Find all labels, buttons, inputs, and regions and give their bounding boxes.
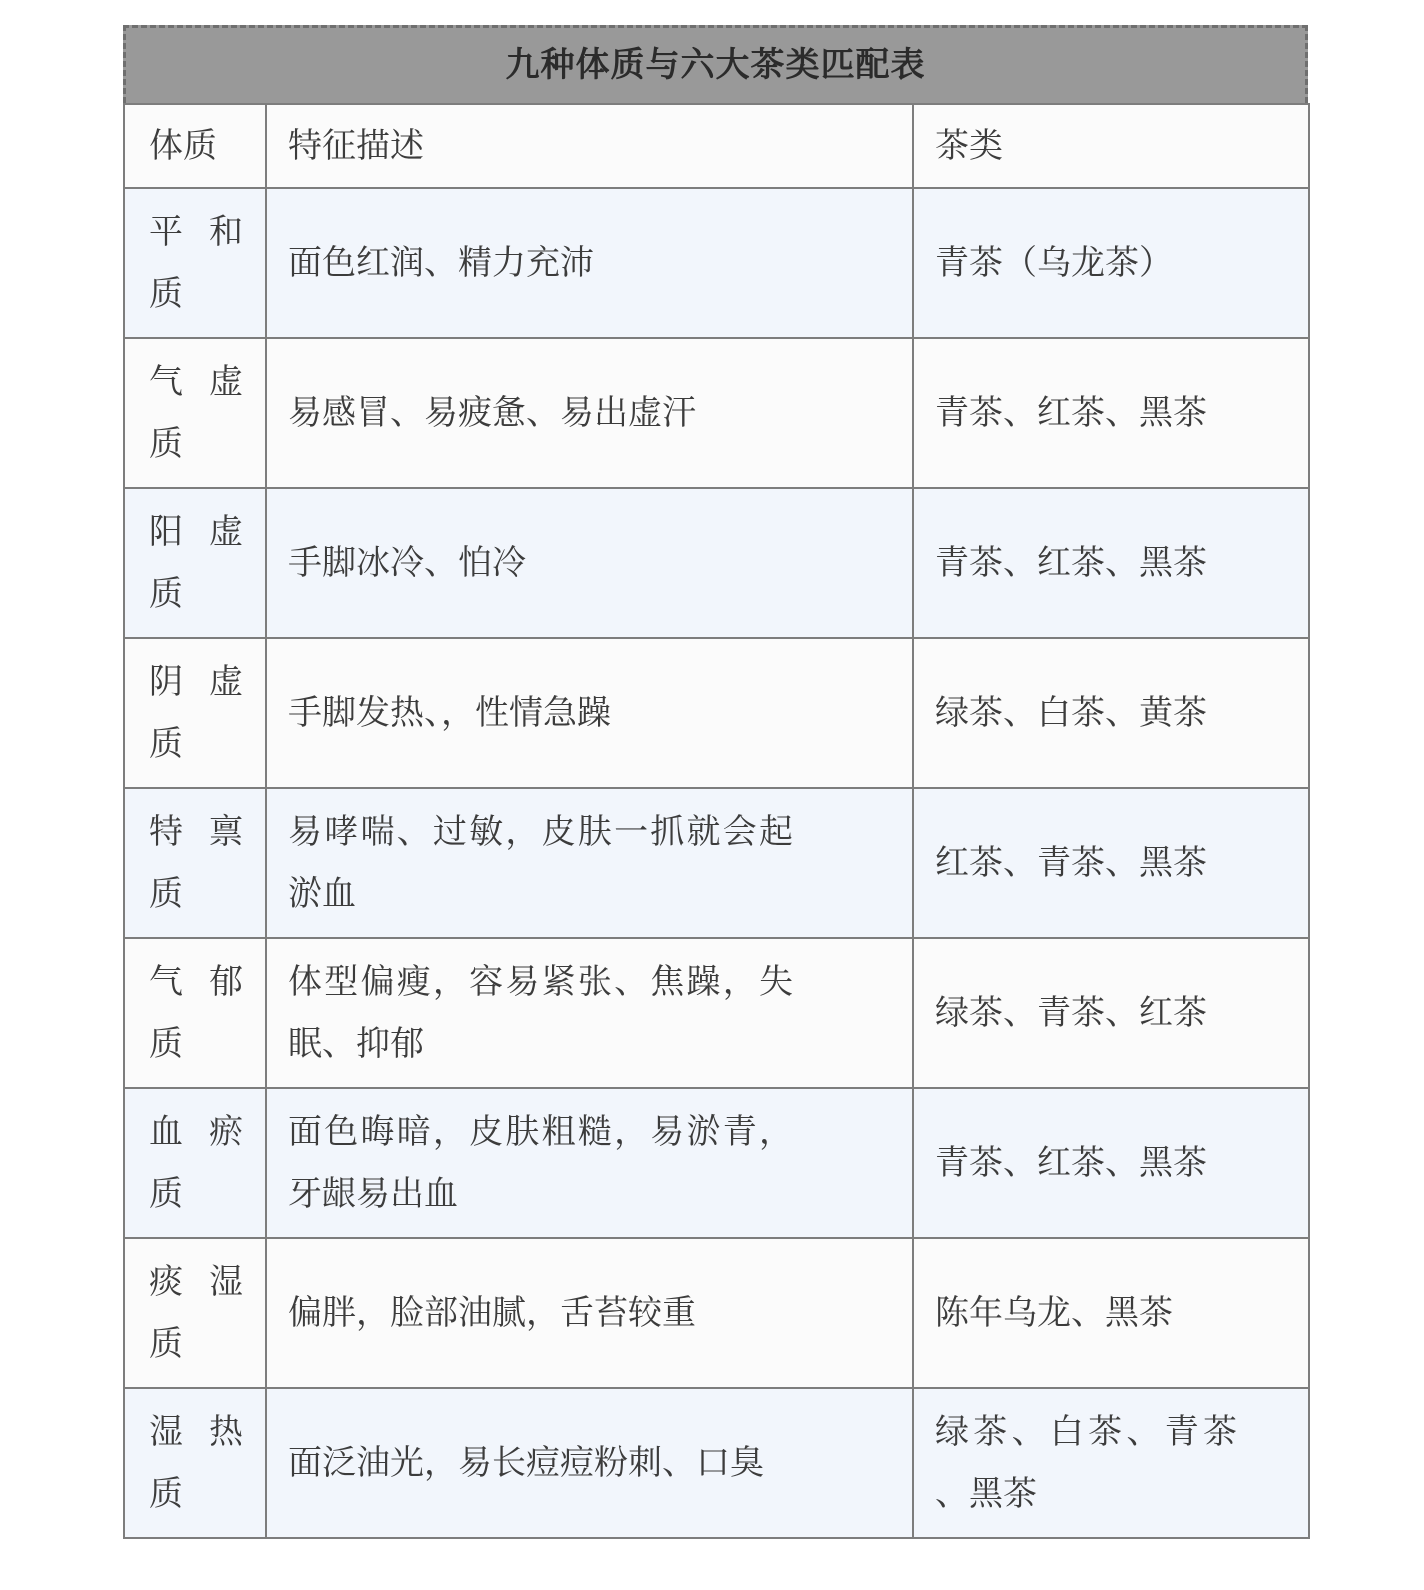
constitution-cell-text: 痰湿质	[149, 1251, 243, 1375]
features-cell: 手脚发热、，性情急躁	[266, 638, 913, 788]
teas-cell-text: 绿茶、白茶、青茶、黑茶	[935, 1401, 1237, 1525]
features-cell: 易感冒、易疲惫、易出虚汗	[266, 338, 913, 488]
features-cell-text: 手脚发热、，性情急躁	[288, 682, 793, 744]
col-header-teas: 茶类	[913, 104, 1309, 188]
col-header-constitution: 体质	[124, 104, 266, 188]
constitution-tea-table: 九种体质与六大茶类匹配表 体质 特征描述 茶类 平和质面色红润	[123, 25, 1308, 1539]
features-cell-text: 体型偏瘦，容易紧张、焦躁，失眠、抑郁	[288, 951, 793, 1075]
features-cell-text: 面色晦暗，皮肤粗糙，易淤青，牙龈易出血	[288, 1101, 793, 1225]
features-cell-text: 面泛油光，易长痘痘粉刺、口臭	[288, 1432, 793, 1494]
header-row: 体质 特征描述 茶类	[124, 104, 1309, 188]
table-row: 特禀质易哮喘、过敏，皮肤一抓就会起淤血红茶、青茶、黑茶	[124, 788, 1309, 938]
teas-cell-text: 绿茶、白茶、黄茶	[935, 682, 1237, 744]
features-cell: 体型偏瘦，容易紧张、焦躁，失眠、抑郁	[266, 938, 913, 1088]
page: 九种体质与六大茶类匹配表 体质 特征描述 茶类 平和质面色红润	[0, 0, 1424, 1590]
teas-cell: 红茶、青茶、黑茶	[913, 788, 1309, 938]
constitution-cell-text: 平和质	[149, 201, 243, 325]
teas-cell-text: 青茶（乌龙茶）	[935, 232, 1237, 294]
constitution-cell: 气郁质	[124, 938, 266, 1088]
constitution-cell: 血瘀质	[124, 1088, 266, 1238]
features-cell-text: 手脚冰冷、怕冷	[288, 532, 793, 594]
features-cell: 偏胖，脸部油腻，舌苔较重	[266, 1238, 913, 1388]
col-header-teas-label: 茶类	[935, 115, 1237, 177]
constitution-cell: 气虚质	[124, 338, 266, 488]
features-cell: 手脚冰冷、怕冷	[266, 488, 913, 638]
constitution-cell-text: 气郁质	[149, 951, 243, 1075]
features-cell-text: 易哮喘、过敏，皮肤一抓就会起淤血	[288, 801, 793, 925]
table-row: 阴虚质手脚发热、，性情急躁绿茶、白茶、黄茶	[124, 638, 1309, 788]
features-cell: 面色红润、精力充沛	[266, 188, 913, 338]
teas-cell: 绿茶、白茶、黄茶	[913, 638, 1309, 788]
constitution-cell: 阳虚质	[124, 488, 266, 638]
col-header-features-label: 特征描述	[288, 115, 793, 177]
features-cell-text: 偏胖，脸部油腻，舌苔较重	[288, 1282, 793, 1344]
table-row: 血瘀质面色晦暗，皮肤粗糙，易淤青，牙龈易出血青茶、红茶、黑茶	[124, 1088, 1309, 1238]
features-cell: 易哮喘、过敏，皮肤一抓就会起淤血	[266, 788, 913, 938]
teas-cell: 青茶、红茶、黑茶	[913, 1088, 1309, 1238]
col-header-constitution-label: 体质	[149, 115, 243, 177]
teas-cell-text: 陈年乌龙、黑茶	[935, 1282, 1237, 1344]
col-header-features: 特征描述	[266, 104, 913, 188]
table-row: 平和质面色红润、精力充沛青茶（乌龙茶）	[124, 188, 1309, 338]
constitution-cell-text: 湿热质	[149, 1401, 243, 1525]
constitution-cell-text: 血瘀质	[149, 1101, 243, 1225]
table-title: 九种体质与六大茶类匹配表	[123, 25, 1308, 103]
table-row: 痰湿质偏胖，脸部油腻，舌苔较重陈年乌龙、黑茶	[124, 1238, 1309, 1388]
constitution-cell-text: 特禀质	[149, 801, 243, 925]
teas-cell-text: 红茶、青茶、黑茶	[935, 832, 1237, 894]
teas-cell: 青茶（乌龙茶）	[913, 188, 1309, 338]
table-body: 平和质面色红润、精力充沛青茶（乌龙茶）气虚质易感冒、易疲惫、易出虚汗青茶、红茶、…	[124, 188, 1309, 1538]
features-cell-text: 易感冒、易疲惫、易出虚汗	[288, 382, 793, 444]
constitution-cell-text: 阳虚质	[149, 501, 243, 625]
teas-cell-text: 青茶、红茶、黑茶	[935, 382, 1237, 444]
teas-cell-text: 青茶、红茶、黑茶	[935, 532, 1237, 594]
constitution-cell: 痰湿质	[124, 1238, 266, 1388]
teas-cell-text: 绿茶、青茶、红茶	[935, 982, 1237, 1044]
constitution-cell: 特禀质	[124, 788, 266, 938]
constitution-cell-text: 气虚质	[149, 351, 243, 475]
teas-cell: 绿茶、青茶、红茶	[913, 938, 1309, 1088]
constitution-cell: 阴虚质	[124, 638, 266, 788]
teas-cell: 青茶、红茶、黑茶	[913, 488, 1309, 638]
constitution-cell-text: 阴虚质	[149, 651, 243, 775]
constitution-cell: 平和质	[124, 188, 266, 338]
match-table: 体质 特征描述 茶类 平和质面色红润、精力充沛青茶（乌龙茶）气虚质易感冒、易疲惫…	[123, 103, 1310, 1539]
teas-cell: 绿茶、白茶、青茶、黑茶	[913, 1388, 1309, 1538]
table-row: 阳虚质手脚冰冷、怕冷青茶、红茶、黑茶	[124, 488, 1309, 638]
features-cell: 面泛油光，易长痘痘粉刺、口臭	[266, 1388, 913, 1538]
teas-cell: 青茶、红茶、黑茶	[913, 338, 1309, 488]
table-row: 湿热质面泛油光，易长痘痘粉刺、口臭绿茶、白茶、青茶、黑茶	[124, 1388, 1309, 1538]
features-cell-text: 面色红润、精力充沛	[288, 232, 793, 294]
teas-cell: 陈年乌龙、黑茶	[913, 1238, 1309, 1388]
constitution-cell: 湿热质	[124, 1388, 266, 1538]
features-cell: 面色晦暗，皮肤粗糙，易淤青，牙龈易出血	[266, 1088, 913, 1238]
teas-cell-text: 青茶、红茶、黑茶	[935, 1132, 1237, 1194]
table-row: 气虚质易感冒、易疲惫、易出虚汗青茶、红茶、黑茶	[124, 338, 1309, 488]
table-row: 气郁质体型偏瘦，容易紧张、焦躁，失眠、抑郁绿茶、青茶、红茶	[124, 938, 1309, 1088]
